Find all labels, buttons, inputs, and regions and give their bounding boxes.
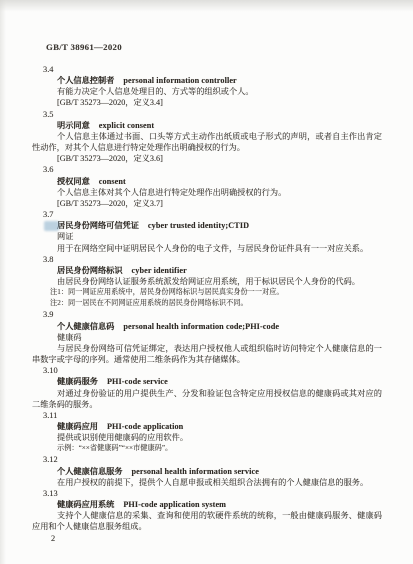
term-definition: 用于在网络空间中证明居民个人身份的电子文件，与居民身份证件具有一一对应关系。 bbox=[32, 243, 382, 254]
term-section: 3.11健康码应用PHI-code application提供或识别使用健康码的… bbox=[32, 410, 382, 455]
term-definition: 与居民身份网络可信凭证绑定，表达用户授权他人或组织临时访问特定个人健康信息的一串… bbox=[32, 343, 382, 365]
standard-number-header: GB/T 38961—2020 bbox=[46, 42, 413, 52]
term-heading: 个人健康信息服务personal health information serv… bbox=[32, 466, 382, 477]
terms-sections: 3.4个人信息控制者personal information controlle… bbox=[32, 64, 382, 533]
term-english: PHI-code service bbox=[107, 377, 168, 386]
term-note: 注2：同一居民在不同网证应用系统的居民身份网络标识不同。 bbox=[32, 298, 382, 309]
page-edge-shading-top bbox=[0, 0, 413, 13]
source-reference: [GB/T 35273—2020，定义3.4] bbox=[32, 97, 382, 108]
term-definition: 对通过身份验证的用户提供生产、分发和验证包含特定应用授权信息的健康码或其对应的二… bbox=[32, 388, 382, 410]
term-definition: 有能力决定个人信息处理目的、方式等的组织或个人。 bbox=[32, 86, 382, 97]
term-heading: 居民身份网络可信凭证cyber trusted identity;CTID bbox=[32, 220, 382, 231]
term-section: 3.5明示同意explicit consent个人信息主体通过书面、口头等方式主… bbox=[32, 109, 382, 165]
term-number: 3.12 bbox=[32, 454, 382, 465]
term-heading: 健康码应用PHI-code application bbox=[32, 421, 382, 432]
term-english: consent bbox=[99, 177, 126, 186]
term-heading: 授权同意consent bbox=[32, 176, 382, 187]
term-number: 3.6 bbox=[32, 164, 382, 175]
term-section: 3.6授权同意consent个人信息主体对其个人信息进行特定处理作出明确授权的行… bbox=[32, 164, 382, 209]
term-english: explicit consent bbox=[99, 121, 155, 130]
term-section: 3.4个人信息控制者personal information controlle… bbox=[32, 64, 382, 109]
term-section: 3.12个人健康信息服务personal health information … bbox=[32, 454, 382, 487]
term-definition: 提供或识别使用健康码的应用软件。 bbox=[32, 432, 382, 443]
term-number: 3.13 bbox=[32, 488, 382, 499]
term-definition: 支持个人健康信息的采集、查询和使用的软硬件系统的统称，一般由健康码服务、健康码应… bbox=[32, 510, 382, 532]
term-section: 3.8居民身份网络标识cyber identifier由居民身份网络认证服务系统… bbox=[32, 254, 382, 310]
term-number: 3.10 bbox=[32, 365, 382, 376]
term-heading: 居民身份网络标识cyber identifier bbox=[32, 265, 382, 276]
term-chinese: 授权同意 bbox=[57, 177, 90, 186]
source-reference: [GB/T 35273—2020，定义3.7] bbox=[32, 198, 382, 209]
source-reference: [GB/T 35273—2020，定义3.6] bbox=[32, 153, 382, 164]
page-number: 2 bbox=[51, 534, 413, 543]
term-example: 示例：“××省健康码”“××市健康码”。 bbox=[32, 443, 382, 454]
term-english: PHI-code application system bbox=[123, 500, 226, 509]
term-definition: 个人信息主体通过书面、口头等方式主动作出纸质或电子形式的声明，或者自主作出肯定性… bbox=[32, 131, 382, 153]
term-number: 3.5 bbox=[32, 109, 382, 120]
term-english: personal health information code;PHI-cod… bbox=[123, 322, 279, 331]
term-english: cyber identifier bbox=[132, 266, 187, 275]
term-section: 3.13健康码应用系统PHI-code application system支持… bbox=[32, 488, 382, 533]
term-heading: 个人健康信息码personal health information code;… bbox=[32, 321, 382, 332]
term-english: personal information controller bbox=[123, 76, 236, 85]
page-edge-shading-left bbox=[0, 0, 6, 564]
term-chinese: 健康码服务 bbox=[57, 377, 98, 386]
term-chinese: 健康码应用系统 bbox=[57, 500, 114, 509]
term-definition: 个人信息主体对其个人信息进行特定处理作出明确授权的行为。 bbox=[32, 187, 382, 198]
term-chinese: 个人健康信息码 bbox=[57, 322, 114, 331]
term-note: 注1：同一网证应用系统中，居民身份网络标识与居民真实身份一一对应。 bbox=[32, 287, 382, 298]
term-chinese: 明示同意 bbox=[57, 121, 90, 130]
blue-smudge-mark bbox=[44, 221, 59, 231]
term-synonym: 健康码 bbox=[32, 332, 382, 343]
term-number: 3.4 bbox=[32, 64, 382, 75]
term-section: 3.10健康码服务PHI-code service对通过身份验证的用户提供生产、… bbox=[32, 365, 382, 410]
term-number: 3.9 bbox=[32, 309, 382, 320]
term-chinese: 居民身份网络可信凭证 bbox=[57, 221, 139, 230]
term-english: personal health information service bbox=[132, 467, 259, 476]
term-english: cyber trusted identity;CTID bbox=[148, 221, 249, 230]
term-english: PHI-code application bbox=[107, 422, 183, 431]
term-number: 3.11 bbox=[32, 410, 382, 421]
term-section: 3.9个人健康信息码personal health information co… bbox=[32, 309, 382, 365]
term-chinese: 个人信息控制者 bbox=[57, 76, 114, 85]
term-chinese: 居民身份网络标识 bbox=[57, 266, 123, 275]
term-heading: 个人信息控制者personal information controller bbox=[32, 75, 382, 86]
term-chinese: 健康码应用 bbox=[57, 422, 98, 431]
scanned-document-page: GB/T 38961—2020 3.4个人信息控制者personal infor… bbox=[0, 0, 413, 564]
term-chinese: 个人健康信息服务 bbox=[57, 467, 123, 476]
term-synonym: 网证 bbox=[32, 231, 382, 242]
term-definition: 由居民身份网络认证服务系统派发给网证应用系统，用于标识居民个人身份的代码。 bbox=[32, 276, 382, 287]
term-number: 3.8 bbox=[32, 254, 382, 265]
term-heading: 健康码服务PHI-code service bbox=[32, 376, 382, 387]
term-heading: 明示同意explicit consent bbox=[32, 120, 382, 131]
term-section: 3.7居民身份网络可信凭证cyber trusted identity;CTID… bbox=[32, 209, 382, 254]
term-number: 3.7 bbox=[32, 209, 382, 220]
term-definition: 在用户授权的前提下，提供个人自愿申报或相关组织合法拥有的个人健康信息的服务。 bbox=[32, 477, 382, 488]
term-heading: 健康码应用系统PHI-code application system bbox=[32, 499, 382, 510]
